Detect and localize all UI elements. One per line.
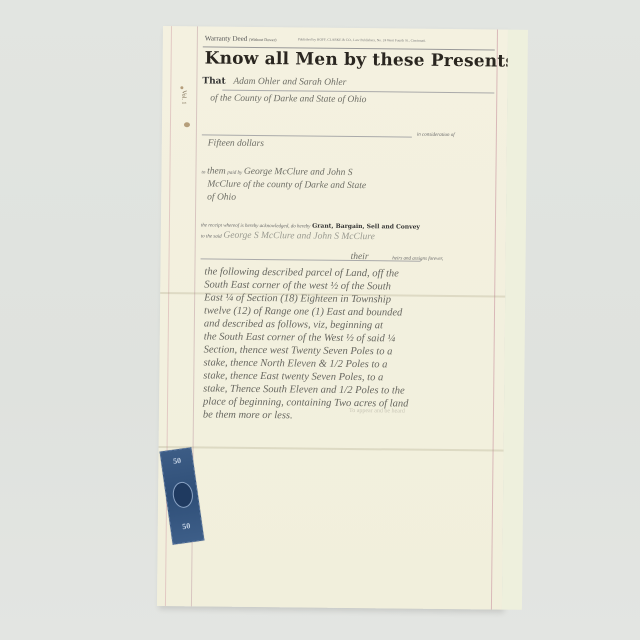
ink-stain <box>180 86 183 89</box>
to-the-said-line: to the said George S McClure and John S … <box>201 230 491 243</box>
grantee-residence: McClure of the county of Darke and State <box>207 179 497 192</box>
bleed-through-text: To appear and be heard <box>349 408 405 415</box>
form-name: Warranty Deed (Without Dower) <box>205 34 277 43</box>
fold-crease <box>159 446 522 452</box>
document-title: Know all Men by these Presents: <box>205 48 522 71</box>
consideration-amount: Fifteen dollars <box>208 138 498 151</box>
heirs-line: their heirs and assigns forever, <box>351 252 640 265</box>
publisher-line: Published by HOFF, CLARKE & CO., Law Pub… <box>298 37 426 42</box>
grantee-residence-2: of Ohio <box>207 192 497 205</box>
paid-by-line: to them paid by George McClure and John … <box>201 166 491 179</box>
grantor-line: That Adam Ohler and Sarah Ohler <box>202 76 492 89</box>
stamp-portrait-icon <box>171 481 194 510</box>
receipt-clause: the receipt whereof is hereby acknowledg… <box>201 220 491 231</box>
warranty-deed-document: Vol. 1 Warranty Deed (Without Dower) Pub… <box>157 26 508 610</box>
margin-rule-right <box>491 29 498 609</box>
grantor-residence: of the County of Darke and State of Ohio <box>210 92 490 108</box>
margin-note: Vol. 1 <box>180 90 186 104</box>
ink-stain <box>184 122 190 127</box>
form-rule <box>202 134 412 137</box>
